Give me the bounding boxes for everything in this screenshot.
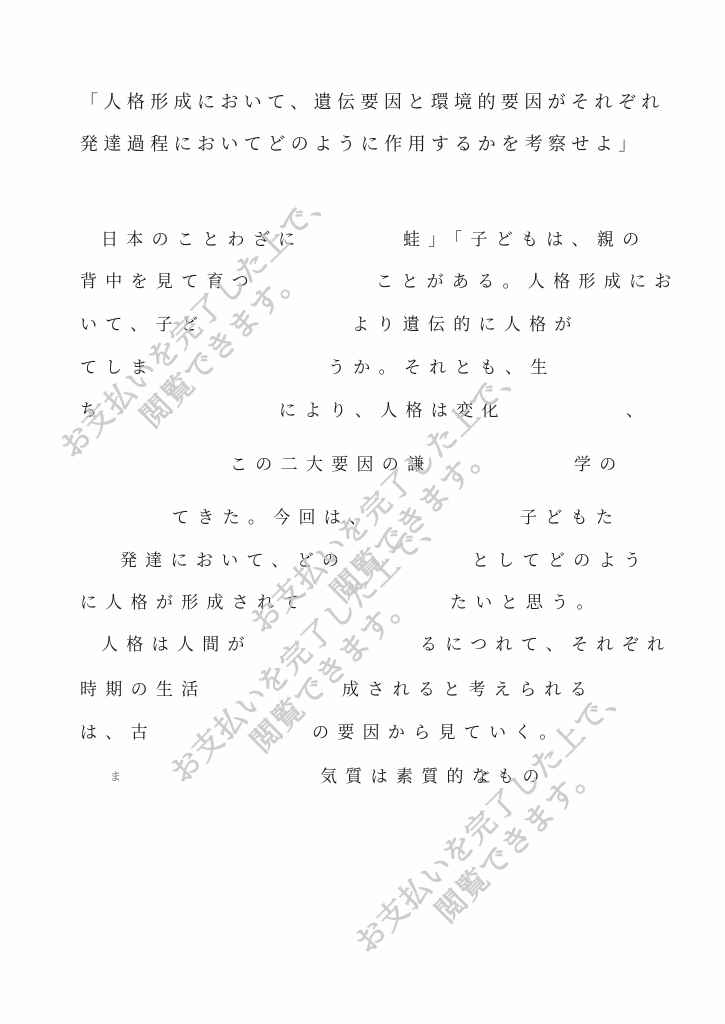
body-text-segment: うか。それとも、生 <box>328 356 556 380</box>
body-text-segment: の要因から見ていく。 <box>312 721 565 745</box>
body-text-segment: 時期の生活 <box>80 678 207 702</box>
body-text-segment: 気質は素質的なもの <box>320 765 548 789</box>
body-text-segment: と <box>476 765 501 789</box>
body-text-segment: に人格が形成されて <box>80 591 308 615</box>
body-text-segment: 子どもた <box>520 506 621 530</box>
body-text-segment: ことがある。人格形成にお <box>376 270 680 294</box>
body-text-segment: 人格は人間が <box>101 633 253 657</box>
body-text-segment: は、古 <box>80 721 156 745</box>
body-text-segment: としてどのよう <box>472 549 649 573</box>
body-text-segment: いて、子ど <box>80 313 206 337</box>
body-text-segment: この二大要因の謙 <box>230 453 432 477</box>
body-text-segment: 成されると考えられる <box>342 678 595 702</box>
body-text-segment: 日本のことわざに <box>101 228 303 252</box>
body-text-segment: ち <box>80 399 105 423</box>
essay-title-line-2: 発達過程においてどのように作用するかを考察せよ」 <box>80 133 642 157</box>
payment-watermark: お支払いを完了した上で、 閲覧できます。 <box>346 671 663 988</box>
body-text-segment: るにつれて、それぞれ <box>420 633 672 657</box>
body-text-segment: てきた。今回は、 <box>172 506 374 530</box>
document-page: 「人格形成において、遺伝要因と環境的要因がそれぞれ 発達過程においてどのように作… <box>0 0 725 1024</box>
body-text-segment: ま <box>110 765 129 789</box>
body-text-segment: 発達において、どの <box>120 549 347 573</box>
body-text-segment: 蛙」「子どもは、親の <box>403 228 648 252</box>
body-text-segment: 学の <box>574 453 625 477</box>
essay-title-line-1: 「人格形成において、遺伝要因と環境的要因がそれぞれ <box>80 91 665 115</box>
body-text-segment: たいと思う。 <box>450 591 602 615</box>
body-text-segment: により、人格は変化 <box>279 399 507 423</box>
body-text-segment: 、 <box>626 399 651 423</box>
body-text-segment: 背中を見て育つ <box>80 270 257 294</box>
body-text-segment: てしま <box>80 356 156 380</box>
body-text-segment: より遺伝的に人格が <box>352 313 580 337</box>
